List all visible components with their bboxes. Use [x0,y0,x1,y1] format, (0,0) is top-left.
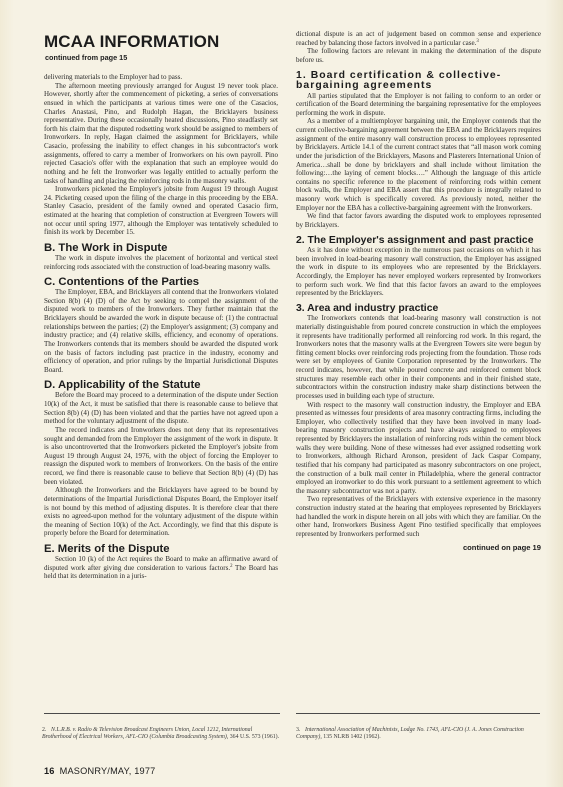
section-heading-area-industry-practice: 3. Area and industry practice [296,304,541,315]
footnote-divider [44,713,280,714]
section-heading-applicability: D. Applicability of the Statute [44,380,278,391]
paragraph: The work in dispute involves the placeme… [44,254,278,271]
paragraph-text: dictional dispute is an act of judgement… [296,30,541,47]
paragraph: The record indicates and Ironworkers doe… [44,426,278,486]
paragraph: delivering materials to the Employer had… [44,73,278,82]
footnote-ref[interactable]: 3 [476,39,478,44]
left-column: delivering materials to the Employer had… [44,73,278,581]
paragraph: The following factors are relevant in ma… [296,47,541,64]
paragraph: The afternoon meeting previously arrange… [44,82,278,186]
paragraph: As a member of a multiemployer bargainin… [296,117,541,212]
paragraph: Section 10 (k) of the Act requires the B… [44,555,278,581]
continued-on-note: continued on page 19 [296,544,541,553]
section-heading-employer-assignment: 2. The Employer's assignment and past pr… [296,236,541,247]
section-heading-merits: E. Merits of the Dispute [44,544,278,555]
footnote-citation-italic: N.L.R.B. v. Radio & Television Broadcast… [42,727,252,740]
paragraph: With respect to the masonry wall constru… [296,401,541,496]
footnote-citation-plain: 364 U.S. 573 (1961). [228,734,279,740]
footnote-3: 3.International Association of Machinist… [296,727,542,742]
section-heading-work-in-dispute: B. The Work in Dispute [44,243,278,254]
paragraph: dictional dispute is an act of judgement… [296,30,541,47]
paragraph: All parties stipulated that the Employer… [296,92,541,118]
right-column: dictional dispute is an act of judgement… [296,30,541,552]
paragraph: The Employer, EBA, and Bricklayers all c… [44,288,278,374]
paragraph: Before the Board may proceed to a determ… [44,391,278,426]
continued-from-note: continued from page 15 [45,53,127,62]
paragraph: As it has done without exception in the … [296,246,541,298]
section-heading-contentions: C. Contentions of the Parties [44,277,278,288]
footnote-divider [296,713,540,714]
page-number: 16 [44,766,55,776]
paragraph: Although the Ironworkers and the Brickla… [44,486,278,538]
paragraph: We find that factor favors awarding the … [296,212,541,229]
paragraph: The Ironworkers contends that load-beari… [296,314,541,400]
page-footer: 16MASONRY/MAY, 1977 [44,766,155,776]
publication-name: MASONRY/MAY, 1977 [60,766,156,776]
page-edge-shadow [0,0,14,787]
paragraph: Two representatives of the Bricklayers w… [296,495,541,538]
footnote-citation-plain: 135 NLRB 1402 (1962). [322,734,381,740]
page-section-title: MCAA INFORMATION [44,32,219,52]
page-edge-shadow [545,0,563,787]
section-heading-board-certification: 1. Board certification & collective-barg… [296,71,541,92]
paragraph: Ironworkers picketed the Employer's jobs… [44,185,278,237]
footnote-2: 2.N.L.R.B. v. Radio & Television Broadca… [42,727,282,742]
